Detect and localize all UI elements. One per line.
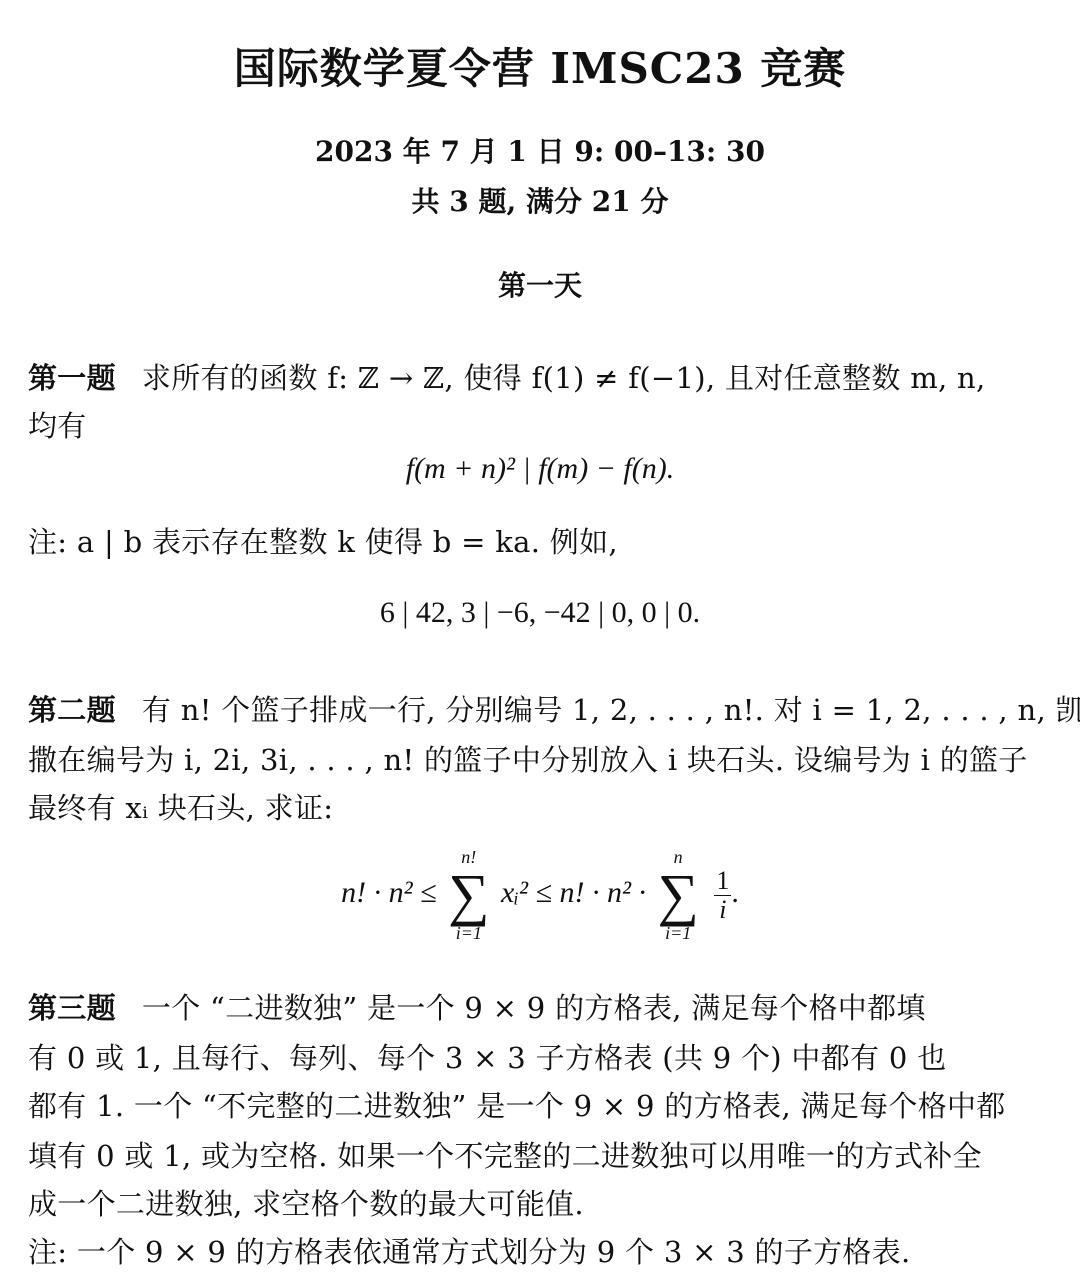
sum-2-lower: i=1 [665, 924, 691, 942]
formula-left: n! · n² ≤ [341, 876, 436, 909]
sigma-icon: ∑ [448, 866, 489, 924]
problem-3-text: 一个 “二进数独” 是一个 9 × 9 的方格表, 满足每个格中都填 [142, 991, 926, 1025]
sum-1: n! ∑ i=1 [448, 848, 489, 942]
problem-3-line-5: 成一个二进数独, 求空格个数的最大可能值. [28, 1182, 1048, 1223]
problem-1-note: 注: a | b 表示存在整数 k 使得 b = ka. 例如, [28, 520, 1048, 561]
problem-1-line-1: 第一题求所有的函数 f: ℤ → ℤ, 使得 f(1) ≠ f(−1), 且对任… [28, 356, 1048, 397]
problem-3-line-3: 都有 1. 一个 “不完整的二进数独” 是一个 9 × 9 的方格表, 满足每个… [28, 1084, 1048, 1125]
page-title: 国际数学夏令营 IMSC23 竞赛 [0, 36, 1080, 96]
day-heading: 第一天 [0, 264, 1080, 304]
problem-1-line-2: 均有 [28, 404, 1048, 445]
fraction-denominator: i [719, 896, 726, 923]
sum-1-term: xᵢ² ≤ n! · n² · [501, 876, 646, 909]
problem-2-line-2: 撒在编号为 i, 2i, 3i, . . . , n! 的篮子中分别放入 i 块… [28, 738, 1048, 779]
exam-datetime: 2023 年 7 月 1 日 9: 00–13: 30 [0, 130, 1080, 170]
sum-2: n ∑ i=1 [657, 848, 698, 942]
problem-3-line-4: 填有 0 或 1, 或为空格. 如果一个不完整的二进数独可以用唯一的方式补全 [28, 1134, 1048, 1175]
problem-1-examples: 6 | 42, 3 | −6, −42 | 0, 0 | 0. [0, 596, 1080, 630]
exam-summary: 共 3 题, 满分 21 分 [0, 180, 1080, 220]
problem-1-label: 第一题 [28, 361, 116, 395]
problem-2-label: 第二题 [28, 693, 116, 727]
problem-2-formula: n! · n² ≤ n! ∑ i=1 xᵢ² ≤ n! · n² · n ∑ i… [0, 848, 1080, 942]
sigma-icon: ∑ [657, 866, 698, 924]
formula-end: . [731, 876, 739, 909]
problem-3-line-2: 有 0 或 1, 且每行、每列、每个 3 × 3 子方格表 (共 9 个) 中都… [28, 1036, 1048, 1077]
problem-3-note: 注: 一个 9 × 9 的方格表依通常方式划分为 9 个 3 × 3 的子方格表… [28, 1230, 1048, 1271]
problem-2-text: 有 n! 个篮子排成一行, 分别编号 1, 2, . . . , n!. 对 i… [142, 693, 1080, 727]
problem-3-label: 第三题 [28, 991, 116, 1025]
problem-2-line-1: 第二题有 n! 个篮子排成一行, 分别编号 1, 2, . . . , n!. … [28, 688, 1048, 729]
problem-2-line-3: 最终有 xᵢ 块石头, 求证: [28, 786, 1048, 827]
sum-1-lower: i=1 [456, 924, 482, 942]
fraction: 1 i [714, 867, 731, 923]
fraction-numerator: 1 [714, 867, 731, 895]
problem-3-line-1: 第三题一个 “二进数独” 是一个 9 × 9 的方格表, 满足每个格中都填 [28, 986, 1048, 1027]
problem-1-text: 求所有的函数 f: ℤ → ℤ, 使得 f(1) ≠ f(−1), 且对任意整数… [142, 361, 986, 395]
problem-1-formula: f(m + n)² | f(m) − f(n). [0, 452, 1080, 486]
